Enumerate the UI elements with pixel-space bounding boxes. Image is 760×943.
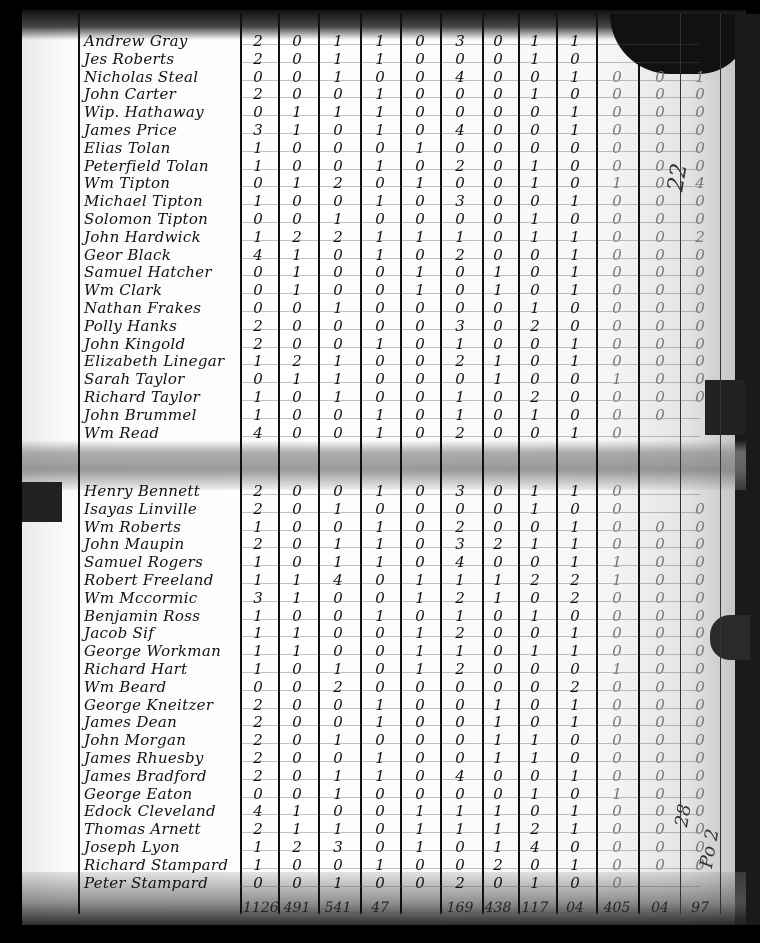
count-cell: 0 xyxy=(645,660,675,678)
count-cell: 0 xyxy=(282,767,312,785)
count-cell: 0 xyxy=(602,642,632,660)
count-cell: 1 xyxy=(405,263,435,281)
count-cell: 0 xyxy=(560,85,590,103)
count-cell: 1 xyxy=(560,767,590,785)
count-cell: 405 xyxy=(602,900,632,916)
count-cell: 0 xyxy=(323,713,353,731)
count-cell: 0 xyxy=(405,335,435,353)
count-cell: 0 xyxy=(520,68,550,86)
count-cell: 0 xyxy=(602,335,632,353)
count-cell: 1 xyxy=(520,535,550,553)
count-cell: 1 xyxy=(243,553,273,571)
count-cell: 0 xyxy=(560,660,590,678)
count-cell: 0 xyxy=(323,157,353,175)
count-cell: 1 xyxy=(520,642,550,660)
count-cell: 0 xyxy=(405,157,435,175)
count-cell: 1 xyxy=(483,802,513,820)
count-cell: 0 xyxy=(243,785,273,803)
count-cell: 0 xyxy=(645,856,675,874)
count-cell: 3 xyxy=(445,192,475,210)
household-name: Jacob Sif xyxy=(84,624,244,642)
count-cell: 1 xyxy=(282,624,312,642)
count-cell: 1 xyxy=(520,228,550,246)
count-cell: 0 xyxy=(365,731,395,749)
count-cell: 0 xyxy=(282,660,312,678)
count-cell: 0 xyxy=(645,731,675,749)
count-cell: 1 xyxy=(520,749,550,767)
count-cell: 0 xyxy=(602,424,632,442)
household-name: Samuel Rogers xyxy=(84,553,244,571)
count-cell: 0 xyxy=(645,535,675,553)
count-cell: 1 xyxy=(282,642,312,660)
count-cell: 0 xyxy=(282,696,312,714)
count-cell: 0 xyxy=(645,518,675,536)
count-cell: 0 xyxy=(365,317,395,335)
count-cell: 0 xyxy=(560,607,590,625)
count-cell: 1 xyxy=(483,749,513,767)
count-cell: 1 xyxy=(602,553,632,571)
count-cell: 1 xyxy=(323,553,353,571)
count-cell: 0 xyxy=(685,518,715,536)
count-cell: 0 xyxy=(602,678,632,696)
count-cell: 1 xyxy=(560,68,590,86)
count-cell: 2 xyxy=(243,335,273,353)
count-cell: 0 xyxy=(645,281,675,299)
count-cell: 0 xyxy=(365,210,395,228)
count-cell: 0 xyxy=(645,121,675,139)
count-cell: 0 xyxy=(685,103,715,121)
count-cell: 2 xyxy=(445,424,475,442)
count-cell: 2 xyxy=(445,874,475,892)
count-cell: 0 xyxy=(560,785,590,803)
household-name: George Workman xyxy=(84,642,244,660)
count-cell: 0 xyxy=(560,139,590,157)
count-cell: 0 xyxy=(445,139,475,157)
count-cell: 0 xyxy=(645,553,675,571)
count-cell: 2 xyxy=(445,246,475,264)
count-cell: 0 xyxy=(282,50,312,68)
count-cell: 1 xyxy=(243,518,273,536)
count-cell: 0 xyxy=(602,157,632,175)
household-name: James Bradford xyxy=(84,767,244,785)
count-cell: 1 xyxy=(365,424,395,442)
count-cell: 1 xyxy=(323,210,353,228)
count-cell: 0 xyxy=(365,589,395,607)
count-cell: 0 xyxy=(520,624,550,642)
count-cell: 0 xyxy=(365,174,395,192)
count-cell: 4 xyxy=(520,838,550,856)
count-cell: 0 xyxy=(445,210,475,228)
count-cell: 0 xyxy=(483,246,513,264)
count-cell: 0 xyxy=(602,482,632,500)
count-cell: 1 xyxy=(445,571,475,589)
count-cell: 2 xyxy=(243,749,273,767)
count-cell: 0 xyxy=(520,802,550,820)
count-cell: 2 xyxy=(243,50,273,68)
household-name: Solomon Tipton xyxy=(84,210,244,228)
count-cell: 0 xyxy=(602,500,632,518)
count-cell: 0 xyxy=(602,406,632,424)
count-cell: 1 xyxy=(282,370,312,388)
count-cell: 1 xyxy=(445,228,475,246)
count-cell: 2 xyxy=(243,500,273,518)
household-name: Isayas Linville xyxy=(84,500,244,518)
count-cell: 1 xyxy=(323,68,353,86)
count-cell: 2 xyxy=(445,352,475,370)
count-cell: 0 xyxy=(323,624,353,642)
count-cell: 4 xyxy=(243,246,273,264)
count-cell: 0 xyxy=(365,139,395,157)
count-cell: 2 xyxy=(483,856,513,874)
count-cell: 0 xyxy=(520,281,550,299)
count-cell: 1 xyxy=(405,589,435,607)
count-cell: 0 xyxy=(602,139,632,157)
count-cell: 0 xyxy=(520,696,550,714)
count-cell: 0 xyxy=(602,352,632,370)
count-cell: 0 xyxy=(243,174,273,192)
count-cell: 0 xyxy=(405,406,435,424)
count-cell: 1 xyxy=(365,482,395,500)
count-cell: 0 xyxy=(323,121,353,139)
count-cell: 1 xyxy=(560,246,590,264)
count-cell: 0 xyxy=(405,785,435,803)
count-cell: 0 xyxy=(602,696,632,714)
count-cell: 0 xyxy=(685,767,715,785)
count-cell: 0 xyxy=(483,103,513,121)
count-cell: 3 xyxy=(445,317,475,335)
count-cell: 0 xyxy=(323,246,353,264)
count-cell: 1 xyxy=(520,50,550,68)
count-cell: 0 xyxy=(445,263,475,281)
count-cell: 1 xyxy=(365,85,395,103)
count-cell: 0 xyxy=(323,335,353,353)
count-cell: 1 xyxy=(243,642,273,660)
count-cell: 1 xyxy=(520,210,550,228)
count-cell: 4 xyxy=(243,802,273,820)
count-cell: 1 xyxy=(365,50,395,68)
count-cell: 0 xyxy=(365,299,395,317)
count-cell: 1 xyxy=(520,299,550,317)
count-cell: 0 xyxy=(405,500,435,518)
count-cell: 0 xyxy=(405,388,435,406)
household-name: Richard Taylor xyxy=(84,388,244,406)
household-name: Wm Tipton xyxy=(84,174,244,192)
count-cell: 1 xyxy=(483,696,513,714)
count-cell: 0 xyxy=(405,299,435,317)
count-cell: 0 xyxy=(520,518,550,536)
count-cell: 0 xyxy=(445,731,475,749)
count-cell: 1 xyxy=(282,121,312,139)
count-cell: 2 xyxy=(243,767,273,785)
count-cell: 0 xyxy=(645,103,675,121)
count-cell: 0 xyxy=(602,68,632,86)
count-cell: 0 xyxy=(483,139,513,157)
household-name: Nathan Frakes xyxy=(84,299,244,317)
count-cell: 0 xyxy=(685,571,715,589)
count-cell: 0 xyxy=(560,500,590,518)
count-cell: 1 xyxy=(445,335,475,353)
count-cell: 0 xyxy=(645,335,675,353)
count-cell: 0 xyxy=(645,139,675,157)
count-cell: 0 xyxy=(405,246,435,264)
household-name: John Hardwick xyxy=(84,228,244,246)
count-cell: 0 xyxy=(405,856,435,874)
count-cell: 0 xyxy=(483,518,513,536)
count-cell: 0 xyxy=(405,678,435,696)
count-cell: 4 xyxy=(445,767,475,785)
count-cell: 0 xyxy=(520,263,550,281)
count-cell: 0 xyxy=(645,749,675,767)
count-cell: 0 xyxy=(645,785,675,803)
count-cell: 0 xyxy=(645,263,675,281)
count-cell: 0 xyxy=(560,317,590,335)
count-cell: 1 xyxy=(243,352,273,370)
count-cell: 1 xyxy=(243,406,273,424)
count-cell: 0 xyxy=(483,785,513,803)
household-name: Michael Tipton xyxy=(84,192,244,210)
count-cell: 0 xyxy=(560,406,590,424)
count-cell: 4 xyxy=(445,553,475,571)
count-cell: 1 xyxy=(282,263,312,281)
count-cell: 1 xyxy=(483,820,513,838)
count-cell: 1 xyxy=(560,713,590,731)
count-cell: 2 xyxy=(243,32,273,50)
count-cell: 0 xyxy=(445,500,475,518)
count-cell: 0 xyxy=(685,317,715,335)
count-cell: 0 xyxy=(405,713,435,731)
count-cell: 0 xyxy=(323,482,353,500)
household-name: Wm Mccormic xyxy=(84,589,244,607)
count-cell: 0 xyxy=(645,370,675,388)
count-cell: 1 xyxy=(685,68,715,86)
count-cell: 1 xyxy=(483,713,513,731)
count-cell: 1 xyxy=(483,838,513,856)
count-cell: 1 xyxy=(405,838,435,856)
count-cell: 0 xyxy=(560,299,590,317)
count-cell: 1 xyxy=(323,535,353,553)
count-cell: 0 xyxy=(520,553,550,571)
count-cell: 1 xyxy=(602,785,632,803)
count-cell: 0 xyxy=(445,370,475,388)
count-cell: 3 xyxy=(323,838,353,856)
count-cell: 0 xyxy=(685,281,715,299)
count-cell: 0 xyxy=(483,174,513,192)
count-cell: 0 xyxy=(602,263,632,281)
count-cell: 0 xyxy=(445,103,475,121)
count-cell: 0 xyxy=(520,767,550,785)
count-cell: 0 xyxy=(365,678,395,696)
count-cell: 0 xyxy=(243,210,273,228)
count-cell: 1 xyxy=(520,731,550,749)
count-cell: 0 xyxy=(685,192,715,210)
count-cell: 1 xyxy=(560,518,590,536)
count-cell: 0 xyxy=(282,500,312,518)
count-cell: 0 xyxy=(560,210,590,228)
count-cell: 0 xyxy=(365,642,395,660)
household-name: Edock Cleveland xyxy=(84,802,244,820)
count-cell: 2 xyxy=(520,820,550,838)
count-cell: 0 xyxy=(323,642,353,660)
count-cell: 0 xyxy=(520,335,550,353)
count-cell: 0 xyxy=(645,696,675,714)
count-cell: 0 xyxy=(602,518,632,536)
count-cell: 0 xyxy=(483,85,513,103)
count-cell: 1 xyxy=(520,32,550,50)
count-cell: 0 xyxy=(323,263,353,281)
count-cell: 0 xyxy=(602,228,632,246)
count-cell: 0 xyxy=(405,210,435,228)
count-cell: 0 xyxy=(685,246,715,264)
count-cell: 4 xyxy=(243,424,273,442)
count-cell: 1 xyxy=(602,370,632,388)
count-cell: 0 xyxy=(323,696,353,714)
count-cell: 0 xyxy=(560,388,590,406)
household-name: Wm Roberts xyxy=(84,518,244,536)
count-cell: 2 xyxy=(282,352,312,370)
count-cell: 0 xyxy=(685,607,715,625)
count-cell: 0 xyxy=(645,210,675,228)
count-cell: 2 xyxy=(685,228,715,246)
count-cell: 0 xyxy=(365,802,395,820)
count-cell: 1 xyxy=(282,174,312,192)
count-cell: 1 xyxy=(365,749,395,767)
count-cell: 0 xyxy=(243,281,273,299)
count-cell: 1 xyxy=(560,856,590,874)
count-cell: 0 xyxy=(445,749,475,767)
household-name: Wm Beard xyxy=(84,678,244,696)
count-cell: 2 xyxy=(243,731,273,749)
count-cell: 0 xyxy=(323,589,353,607)
count-cell: 1 xyxy=(445,406,475,424)
count-cell: 1 xyxy=(323,50,353,68)
count-cell: 0 xyxy=(405,352,435,370)
count-cell: 4 xyxy=(323,571,353,589)
count-cell: 2 xyxy=(560,571,590,589)
count-cell: 1 xyxy=(365,856,395,874)
count-cell: 491 xyxy=(282,900,312,916)
count-cell: 47 xyxy=(365,900,395,916)
count-cell: 0 xyxy=(243,370,273,388)
count-cell: 0 xyxy=(445,85,475,103)
count-cell: 0 xyxy=(685,785,715,803)
totals-row: 112649154147169438117044050497 xyxy=(0,900,760,922)
count-cell: 0 xyxy=(405,731,435,749)
count-cell: 0 xyxy=(602,85,632,103)
count-cell: 0 xyxy=(685,678,715,696)
count-cell: 1 xyxy=(560,696,590,714)
count-cell: 2 xyxy=(445,589,475,607)
count-cell: 0 xyxy=(520,103,550,121)
count-cell: 0 xyxy=(483,121,513,139)
count-cell: 0 xyxy=(405,32,435,50)
count-cell: 0 xyxy=(405,482,435,500)
count-cell: 0 xyxy=(685,731,715,749)
count-cell: 1 xyxy=(405,660,435,678)
count-cell: 0 xyxy=(645,406,675,424)
count-cell: 0 xyxy=(685,210,715,228)
count-cell: 0 xyxy=(520,352,550,370)
count-cell: 1 xyxy=(243,660,273,678)
count-cell: 0 xyxy=(282,535,312,553)
count-cell: 0 xyxy=(282,32,312,50)
count-cell: 1 xyxy=(365,696,395,714)
table-row: Peter Stampard0010020100 xyxy=(0,874,760,896)
count-cell: 0 xyxy=(282,85,312,103)
count-cell: 0 xyxy=(282,406,312,424)
count-cell: 0 xyxy=(602,607,632,625)
count-cell: 0 xyxy=(602,624,632,642)
count-cell: 1 xyxy=(365,246,395,264)
count-cell: 1 xyxy=(365,228,395,246)
count-cell: 0 xyxy=(282,317,312,335)
count-cell: 0 xyxy=(483,228,513,246)
count-cell: 1 xyxy=(560,624,590,642)
count-cell: 2 xyxy=(323,678,353,696)
count-cell: 0 xyxy=(645,228,675,246)
household-name: Joseph Lyon xyxy=(84,838,244,856)
count-cell: 1 xyxy=(560,352,590,370)
count-cell: 1 xyxy=(365,192,395,210)
count-cell: 0 xyxy=(282,785,312,803)
count-cell: 0 xyxy=(645,624,675,642)
count-cell: 0 xyxy=(365,820,395,838)
count-cell: 1 xyxy=(323,874,353,892)
count-cell: 0 xyxy=(602,874,632,892)
count-cell: 0 xyxy=(483,32,513,50)
household-name: George Kneitzer xyxy=(84,696,244,714)
count-cell: 3 xyxy=(445,482,475,500)
count-cell: 0 xyxy=(645,589,675,607)
count-cell: 2 xyxy=(243,482,273,500)
count-cell: 0 xyxy=(685,535,715,553)
count-cell: 1 xyxy=(405,228,435,246)
count-cell: 0 xyxy=(282,482,312,500)
count-cell: 0 xyxy=(323,802,353,820)
count-cell: 0 xyxy=(323,607,353,625)
count-cell: 2 xyxy=(445,518,475,536)
household-name: Richard Hart xyxy=(84,660,244,678)
count-cell: 1 xyxy=(560,263,590,281)
count-cell: 0 xyxy=(685,749,715,767)
count-cell: 0 xyxy=(365,571,395,589)
count-cell: 1 xyxy=(243,838,273,856)
household-name: Thomas Arnett xyxy=(84,820,244,838)
count-cell: 2 xyxy=(282,228,312,246)
count-cell: 0 xyxy=(685,642,715,660)
count-cell: 0 xyxy=(243,103,273,121)
count-cell: 1 xyxy=(405,174,435,192)
count-cell: 0 xyxy=(243,874,273,892)
count-cell: 0 xyxy=(645,838,675,856)
household-name: Geor Black xyxy=(84,246,244,264)
count-cell: 1 xyxy=(323,352,353,370)
household-name: Benjamin Ross xyxy=(84,607,244,625)
count-cell: 0 xyxy=(685,139,715,157)
count-cell: 97 xyxy=(685,900,715,916)
count-cell: 1 xyxy=(365,335,395,353)
count-cell: 1 xyxy=(365,103,395,121)
count-cell: 1 xyxy=(483,589,513,607)
count-cell: 1 xyxy=(483,731,513,749)
count-cell: 0 xyxy=(602,713,632,731)
count-cell: 0 xyxy=(483,192,513,210)
count-cell: 2 xyxy=(520,571,550,589)
count-cell: 0 xyxy=(483,553,513,571)
count-cell: 2 xyxy=(243,317,273,335)
count-cell: 0 xyxy=(560,157,590,175)
count-cell: 1 xyxy=(560,424,590,442)
count-cell: 1 xyxy=(365,553,395,571)
